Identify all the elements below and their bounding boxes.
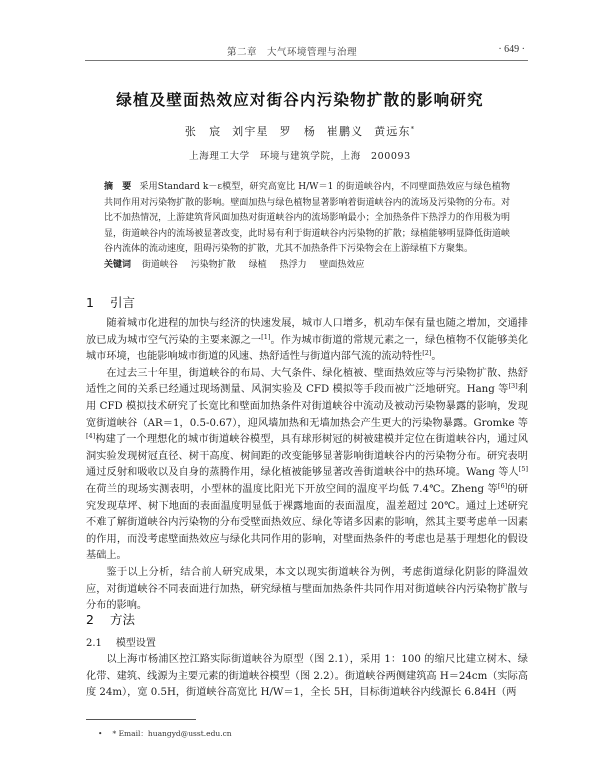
keywords: 关键词 街道峡谷 污染物扩散 绿植 热浮力 壁面热效应 <box>104 258 510 272</box>
author: 刘宇星 <box>232 125 269 138</box>
header-rule <box>85 60 528 61</box>
citation: [3] <box>508 382 517 390</box>
abstract-text: 采用Standard k－ε模型，研究高宽比 H/W＝1 的街道峡谷内，不同壁面… <box>104 182 510 254</box>
section-number: 1 <box>86 295 94 310</box>
footnote-email: * Email：huangyd@usst.edu.cn <box>112 729 231 738</box>
citation: [6] <box>498 482 507 490</box>
methods-body: 以上海市杨浦区控江路实际街道峡谷为原型（图 2.1），采用 1：100 的缩尺比… <box>86 652 528 702</box>
subsection-heading-model-setup: 2.1模型设置 <box>86 634 156 649</box>
keyword: 街道峡谷 <box>142 260 178 270</box>
abstract: 摘 要采用Standard k－ε模型，研究高宽比 H/W＝1 的街道峡谷内，不… <box>104 180 510 258</box>
section-number: 2 <box>86 612 94 627</box>
affiliation: 上海理工大学 环境与建筑学院，上海 200093 <box>0 148 600 162</box>
section-heading-methods: 2方法 <box>86 610 135 628</box>
chapter-title: 第二章 大气环境管理与治理 <box>227 44 357 58</box>
section-title: 引言 <box>110 295 135 310</box>
paragraph: 以上海市杨浦区控江路实际街道峡谷为原型（图 2.1），采用 1：100 的缩尺比… <box>86 652 528 702</box>
paragraph: 随着城市化进程的加快与经济的快速发展，城市人口增多，机动车保有量也随之增加，交通… <box>86 316 528 366</box>
keyword: 热浮力 <box>280 260 307 270</box>
author: 张 宸 <box>185 125 222 138</box>
section-heading-introduction: 1引言 <box>86 293 135 311</box>
section-title: 方法 <box>110 612 135 627</box>
page-number: · 649 · <box>498 44 525 55</box>
footnote: •* Email：huangyd@usst.edu.cn <box>98 728 232 739</box>
subsection-number: 2.1 <box>86 638 102 649</box>
footnote-rule <box>86 719 196 720</box>
keyword: 壁面热效应 <box>319 260 364 270</box>
introduction-body: 随着城市化进程的加快与经济的快速发展，城市人口增多，机动车保有量也随之增加，交通… <box>86 316 528 615</box>
author: 罗 杨 <box>279 125 316 138</box>
corresponding-mark: * <box>411 125 415 133</box>
paper-title: 绿植及壁面热效应对街谷内污染物扩散的影响研究 <box>0 88 600 110</box>
footnote-bullet: • <box>98 729 102 738</box>
author: 崔鹏义 <box>327 125 364 138</box>
paragraph: 鉴于以上分析，结合前人研究成果，本文以现实街道峡谷为例，考虑街道绿化阴影的降温效… <box>86 565 528 615</box>
citation: [4] <box>86 432 95 440</box>
paragraph: 在过去三十年里，街道峡谷的布局、大气条件、绿化植被、壁面热效应等与污染物扩散、热… <box>86 366 528 565</box>
citation: [1] <box>261 333 270 341</box>
subsection-title: 模型设置 <box>116 638 156 649</box>
abstract-label: 摘 要 <box>104 182 131 192</box>
keyword: 绿植 <box>249 260 267 270</box>
keyword: 污染物扩散 <box>191 260 236 270</box>
running-head: 第二章 大气环境管理与治理 · 649 · <box>85 42 528 58</box>
citation: [5] <box>519 465 528 473</box>
author-list: 张 宸 刘宇星 罗 杨 崔鹏义 黄远东* <box>0 123 600 139</box>
keywords-label: 关键词 <box>104 260 131 270</box>
author-corresponding: 黄远东* <box>374 125 415 138</box>
